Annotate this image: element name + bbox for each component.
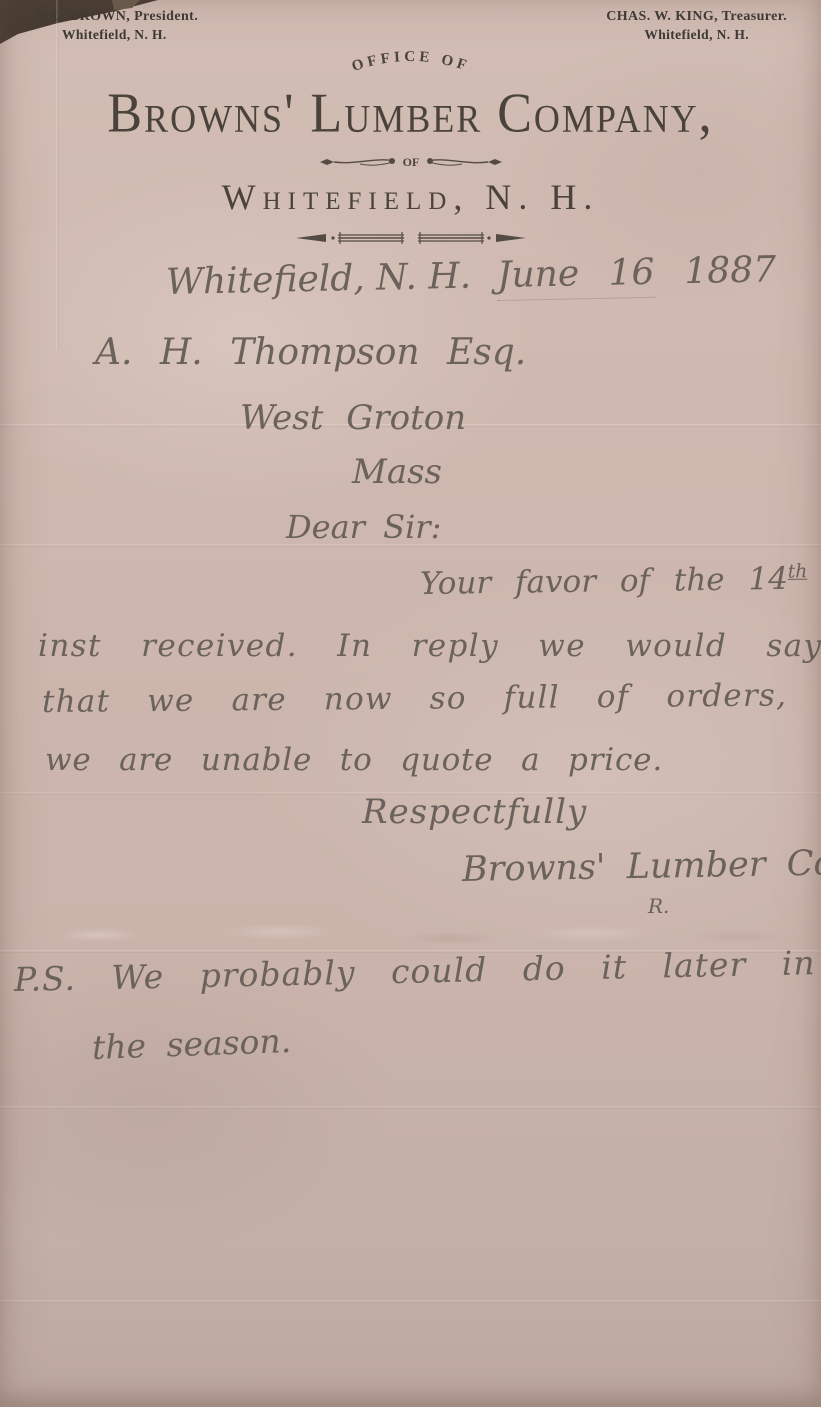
address-state: Mass [352,452,442,492]
arrow-divider-ornament [296,228,526,248]
treasurer-name: CHAS. W. KING, Treasurer. [457,8,787,26]
ornament-of-label: OF [402,155,419,169]
dateline-year: 1887 [684,249,776,292]
body-line-2: inst received. In reply we would say [38,628,821,664]
svg-text:OFFICE OF: OFFICE OF [349,49,471,75]
crease-line [0,1106,821,1109]
addressee-line: A. H. Thompson Esq. [95,332,526,373]
crease-line [0,1300,821,1303]
company-name-title: Browns' Lumber Company, [0,82,821,146]
vertical-crease [56,0,59,350]
address-city: West Groton [240,398,466,438]
dateline: Whitefield, N. H.June 161887 [166,249,777,303]
body-line-1: Your favor of the 14th [420,561,808,602]
office-of-text: OFFICE OF [349,49,471,75]
body-line-1-ordinal: th [788,561,808,582]
salutation: Dear Sir: [286,508,441,546]
postscript-line-2: the season. [91,1021,291,1067]
body-line-1-text: Your favor of the 14 [420,561,788,602]
body-line-4: we are unable to quote a price. [45,742,663,778]
letter-document: A. L. BROWN, President. Whitefield, N. H… [0,0,821,1407]
closing: Respectfully [362,792,587,832]
president-name: A. L. BROWN, President. [34,8,364,26]
signature-initial: R. [648,894,669,918]
body-line-3: that we are now so full of orders, that [42,677,821,720]
scroll-ornament: OF [316,150,506,174]
office-of-arc: OFFICE OF [291,38,531,88]
company-signature: Browns' Lumber Co [462,844,821,890]
postscript-line-1: P.S. We probably could do it later in [14,943,816,999]
city-line: Whitefield, N. H. [0,176,821,218]
dateline-place: Whitefield, N. H. [166,256,472,303]
dateline-month-day: June 16 [497,252,655,301]
